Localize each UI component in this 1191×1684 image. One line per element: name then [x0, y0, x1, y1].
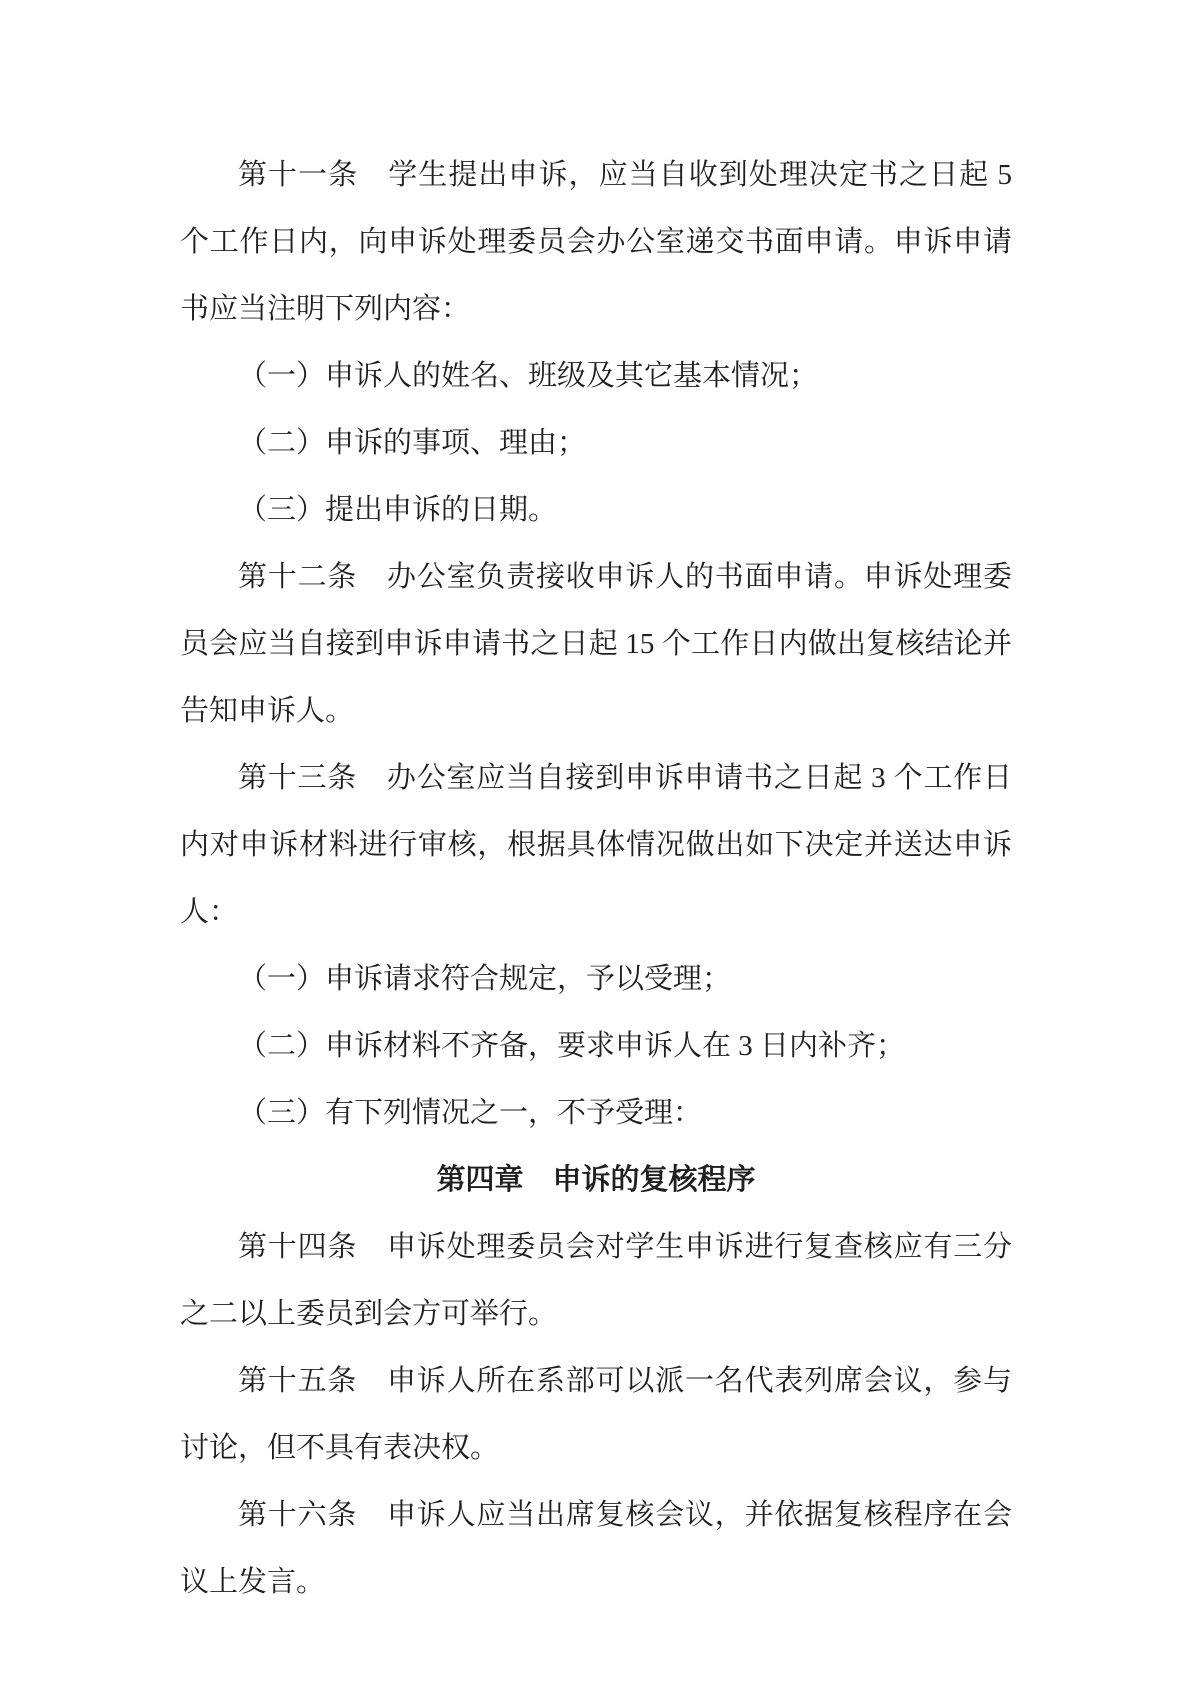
- paragraph-article-11: 第十一条 学生提出申诉，应当自收到处理决定书之日起 5 个工作日内，向申诉处理委…: [180, 142, 1012, 343]
- list-item-13-3: （三）有下列情况之一，不予受理：: [180, 1080, 1012, 1147]
- document-body: 第十一条 学生提出申诉，应当自收到处理决定书之日起 5 个工作日内，向申诉处理委…: [180, 142, 1012, 1616]
- paragraph-article-15: 第十五条 申诉人所在系部可以派一名代表列席会议，参与讨论，但不具有表决权。: [180, 1348, 1012, 1482]
- list-item-11-3: （三）提出申诉的日期。: [180, 477, 1012, 544]
- list-item-11-2: （二）申诉的事项、理由；: [180, 410, 1012, 477]
- paragraph-article-13: 第十三条 办公室应当自接到申诉申请书之日起 3 个工作日内对申诉材料进行审核，根…: [180, 745, 1012, 946]
- paragraph-article-16: 第十六条 申诉人应当出席复核会议，并依据复核程序在会议上发言。: [180, 1482, 1012, 1616]
- list-item-13-2: （二）申诉材料不齐备，要求申诉人在 3 日内补齐；: [180, 1013, 1012, 1080]
- list-item-13-1: （一）申诉请求符合规定，予以受理；: [180, 946, 1012, 1013]
- paragraph-article-14: 第十四条 申诉处理委员会对学生申诉进行复查核应有三分之二以上委员到会方可举行。: [180, 1214, 1012, 1348]
- list-item-11-1: （一）申诉人的姓名、班级及其它基本情况；: [180, 343, 1012, 410]
- document-page: 第十一条 学生提出申诉，应当自收到处理决定书之日起 5 个工作日内，向申诉处理委…: [0, 0, 1191, 1684]
- chapter-4-heading: 第四章 申诉的复核程序: [180, 1147, 1012, 1214]
- paragraph-article-12: 第十二条 办公室负责接收申诉人的书面申请。申诉处理委员会应当自接到申诉申请书之日…: [180, 544, 1012, 745]
